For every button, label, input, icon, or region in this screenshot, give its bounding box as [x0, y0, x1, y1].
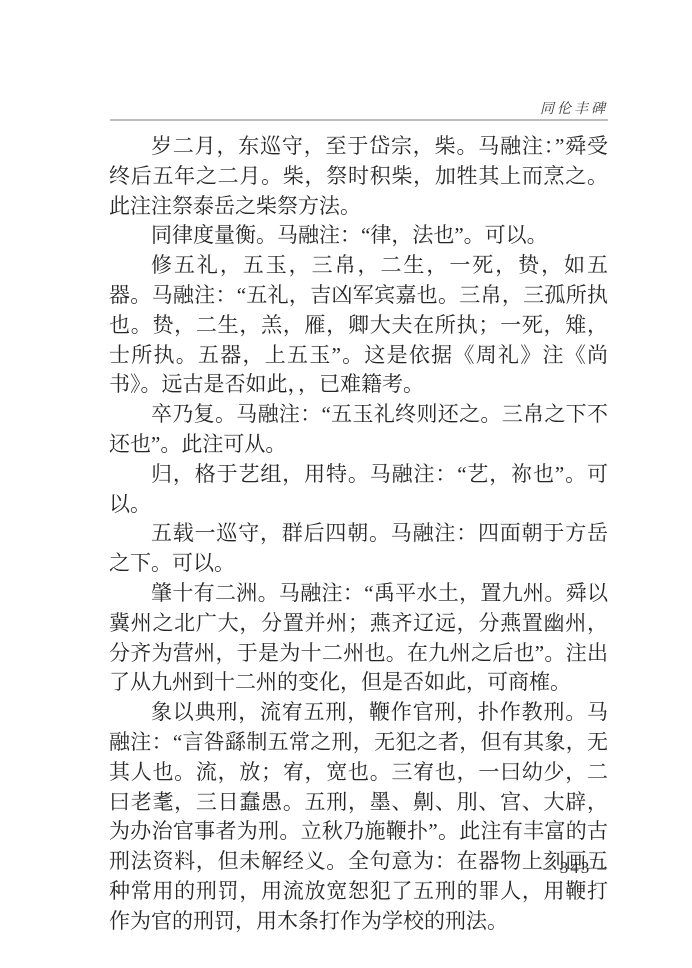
body-text: 岁二月，东巡守，至于岱宗，柴。马融注：”舜受终后五年之二月。柴，祭时积柴，加牲其… [109, 132, 608, 937]
paragraph: 同律度量衡。马融注：“律，法也”。可以。 [109, 221, 608, 251]
book-page: 同伦丰碑 岁二月，东巡守，至于岱宗，柴。马融注：”舜受终后五年之二月。柴，祭时积… [0, 0, 692, 968]
paragraph: 归，格于艺组，用特。马融注：“艺，祢也”。可以。 [109, 460, 608, 520]
paragraph: 卒乃复。马融注：“五玉礼终则还之。三帛之下不还也”。此注可从。 [109, 400, 608, 460]
running-title: 同伦丰碑 [110, 98, 608, 118]
paragraph: 岁二月，东巡守，至于岱宗，柴。马融注：”舜受终后五年之二月。柴，祭时积柴，加牲其… [109, 132, 608, 221]
paragraph: 象以典刑，流宥五刑，鞭作官刑，扑作教刑。马融注：“言咎繇制五常之刑，无犯之者，但… [109, 698, 608, 936]
paragraph: 肇十有二洲。马融注：“禹平水土，置九州。舜以冀州之北广大，分置并州；燕齐辽远，分… [109, 579, 608, 698]
header-rule [110, 119, 608, 121]
paragraph: 修五礼，五玉，三帛，二生，一死，贽，如五器。马融注：“五礼，吉凶军宾嘉也。三帛，… [109, 251, 608, 400]
paragraph: 五载一巡守，群后四朝。马融注：四面朝于方岳之下。可以。 [109, 519, 608, 579]
page-number: – 343 – [110, 858, 608, 878]
